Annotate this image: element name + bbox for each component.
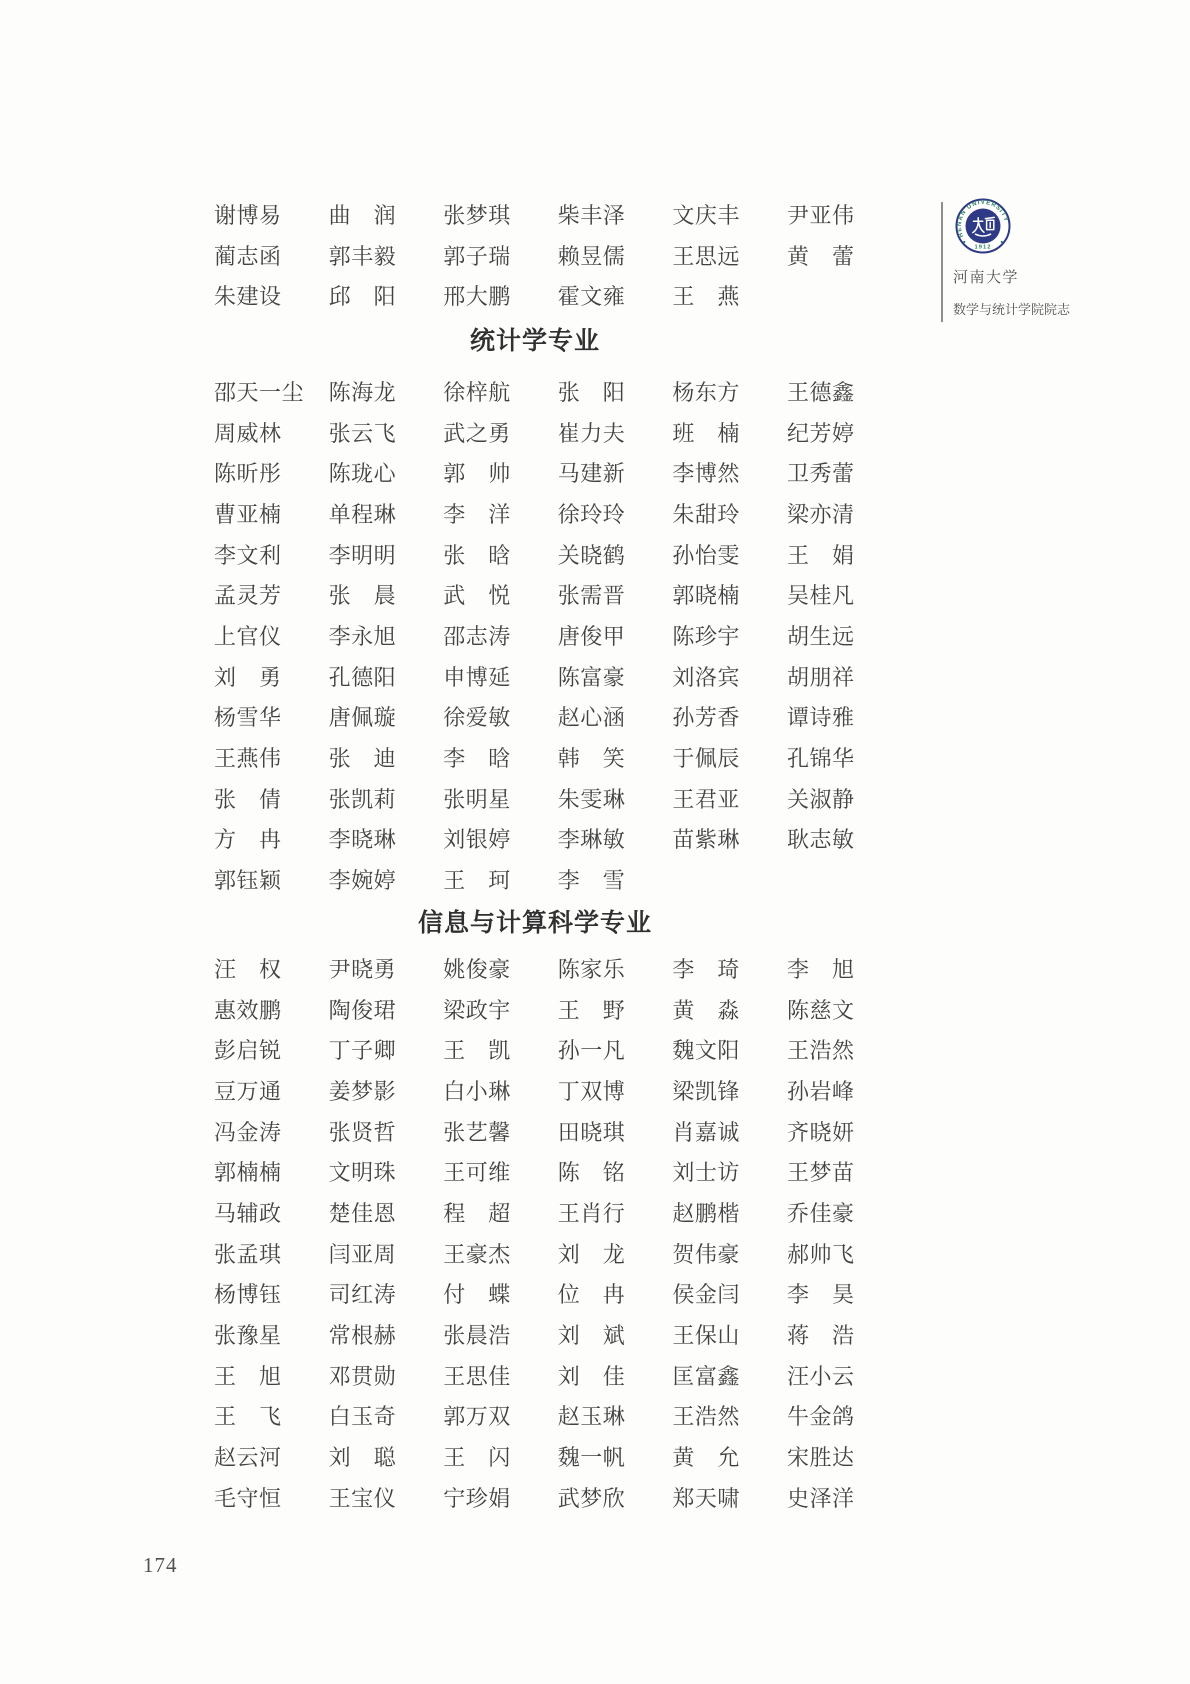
student-name: 郭钰颖 (214, 859, 329, 900)
student-name: 宋胜达 (787, 1436, 902, 1477)
student-name: 郭晓楠 (672, 574, 787, 615)
student-name: 崔力夫 (558, 412, 673, 453)
henan-university-seal-icon: HENAN UNIVERSITY 1912 (954, 197, 1012, 255)
student-name: 张艺馨 (443, 1111, 558, 1152)
student-name: 梁凯锋 (672, 1070, 787, 1111)
student-name: 李明明 (329, 534, 444, 575)
student-name: 李 昊 (787, 1274, 902, 1315)
student-name: 陈昕彤 (214, 452, 329, 493)
student-name: 刘银婷 (443, 819, 558, 860)
student-name: 朱建设 (214, 275, 329, 316)
student-name: 闫亚周 (329, 1233, 444, 1274)
student-name: 惠效鹏 (214, 989, 329, 1030)
student-name: 马建新 (558, 452, 673, 493)
student-name: 王浩然 (787, 1029, 902, 1070)
student-name: 王 娟 (787, 534, 902, 575)
student-name: 刘 斌 (558, 1314, 673, 1355)
student-name: 付 蝶 (443, 1274, 558, 1315)
student-name: 周威林 (214, 412, 329, 453)
student-name: 孙一凡 (558, 1029, 673, 1070)
student-name: 李婉婷 (329, 859, 444, 900)
student-name: 李琳敏 (558, 819, 673, 860)
student-name: 朱甜玲 (672, 493, 787, 534)
student-name: 孟灵芳 (214, 574, 329, 615)
student-name: 邱 阳 (329, 275, 444, 316)
student-name: 杨东方 (672, 371, 787, 412)
student-name: 宁珍娟 (443, 1477, 558, 1518)
student-name: 张 晨 (329, 574, 444, 615)
student-name: 陈慈文 (787, 989, 902, 1030)
student-name: 王 凯 (443, 1029, 558, 1070)
student-name: 王 珂 (443, 859, 558, 900)
student-name: 徐爱敏 (443, 697, 558, 738)
student-name: 程 超 (443, 1192, 558, 1233)
student-name: 张梦琪 (443, 194, 558, 235)
student-name: 卫秀蕾 (787, 452, 902, 493)
student-name: 武梦欣 (558, 1477, 673, 1518)
student-name: 邓贯勋 (329, 1355, 444, 1396)
student-name: 肖嘉诚 (672, 1111, 787, 1152)
student-name: 刘 聪 (329, 1436, 444, 1477)
student-name: 张凯莉 (329, 778, 444, 819)
student-name: 王德鑫 (787, 371, 902, 412)
student-name: 白玉奇 (329, 1396, 444, 1437)
student-name: 唐佩璇 (329, 697, 444, 738)
student-name: 陈海龙 (329, 371, 444, 412)
page-number: 174 (143, 1553, 178, 1578)
student-name: 白小琳 (443, 1070, 558, 1111)
student-name: 赵云河 (214, 1436, 329, 1477)
student-name: 齐晓妍 (787, 1111, 902, 1152)
student-name: 郭丰毅 (329, 235, 444, 276)
roster-information-computing-grid: 汪 权尹晓勇姚俊豪陈家乐李 琦李 旭惠效鹏陶俊珺梁政宇王 野黄 淼陈慈文彭启锐丁… (214, 948, 902, 1518)
student-name: 魏一帆 (558, 1436, 673, 1477)
student-name: 李文利 (214, 534, 329, 575)
student-name: 司红涛 (329, 1274, 444, 1315)
student-name: 楚佳恩 (329, 1192, 444, 1233)
student-name: 常根赫 (329, 1314, 444, 1355)
student-name: 曹亚楠 (214, 493, 329, 534)
student-name: 邵志涛 (443, 615, 558, 656)
student-name: 关晓鹤 (558, 534, 673, 575)
sidebar-book-title: 数学与统计学院院志 (953, 299, 1070, 318)
student-name: 赵心涵 (558, 697, 673, 738)
student-name: 张需晋 (558, 574, 673, 615)
student-name: 尹晓勇 (329, 948, 444, 989)
student-name: 王 旭 (214, 1355, 329, 1396)
student-name: 刘 勇 (214, 656, 329, 697)
student-name: 冯金涛 (214, 1111, 329, 1152)
student-name: 霍文雍 (558, 275, 673, 316)
student-name: 赖昱儒 (558, 235, 673, 276)
roster-statistics-grid: 邵天一尘陈海龙徐梓航张 阳杨东方王德鑫周威林张云飞武之勇崔力夫班 楠纪芳婷陈昕彤… (214, 371, 902, 900)
student-name: 文庆丰 (672, 194, 787, 235)
seal-right-dot (1001, 241, 1003, 243)
student-name: 魏文阳 (672, 1029, 787, 1070)
student-name: 史泽洋 (787, 1477, 902, 1518)
student-name: 杨雪华 (214, 697, 329, 738)
student-name: 陈富豪 (558, 656, 673, 697)
student-name: 李博然 (672, 452, 787, 493)
student-name: 王可维 (443, 1151, 558, 1192)
student-name: 梁亦清 (787, 493, 902, 534)
student-name: 尹亚伟 (787, 194, 902, 235)
student-name: 唐俊甲 (558, 615, 673, 656)
student-name: 梁政宇 (443, 989, 558, 1030)
student-name: 王宝仪 (329, 1477, 444, 1518)
student-name: 郭子瑞 (443, 235, 558, 276)
student-name: 匡富鑫 (672, 1355, 787, 1396)
student-name: 纪芳婷 (787, 412, 902, 453)
student-name: 姚俊豪 (443, 948, 558, 989)
sidebar-vertical-rule (941, 202, 943, 322)
student-name: 张 倩 (214, 778, 329, 819)
student-name: 王燕伟 (214, 737, 329, 778)
student-name: 毛守恒 (214, 1477, 329, 1518)
student-name: 于佩辰 (672, 737, 787, 778)
student-name: 赵鹏楷 (672, 1192, 787, 1233)
student-name: 乔佳豪 (787, 1192, 902, 1233)
student-name: 杨博钰 (214, 1274, 329, 1315)
student-name: 郭 帅 (443, 452, 558, 493)
student-name: 王浩然 (672, 1396, 787, 1437)
student-name: 张 阳 (558, 371, 673, 412)
student-name: 王 飞 (214, 1396, 329, 1437)
student-name: 马辅政 (214, 1192, 329, 1233)
student-name: 张 迪 (329, 737, 444, 778)
student-name: 耿志敏 (787, 819, 902, 860)
roster-continuation-grid: 谢博易曲 润张梦琪柴丰泽文庆丰尹亚伟蔺志函郭丰毅郭子瑞赖昱儒王思远黄 蕾朱建设邱… (214, 194, 902, 316)
student-name: 吴桂凡 (787, 574, 902, 615)
student-name: 李 洋 (443, 493, 558, 534)
student-name: 武之勇 (443, 412, 558, 453)
student-name: 张孟琪 (214, 1233, 329, 1274)
student-name: 李 旭 (787, 948, 902, 989)
student-name: 陈家乐 (558, 948, 673, 989)
student-name: 侯金闫 (672, 1274, 787, 1315)
student-name: 谭诗雅 (787, 697, 902, 738)
student-name: 郑天啸 (672, 1477, 787, 1518)
student-name: 陈 铭 (558, 1151, 673, 1192)
student-name: 郝帅飞 (787, 1233, 902, 1274)
student-name: 陈珍宇 (672, 615, 787, 656)
student-name: 刘士访 (672, 1151, 787, 1192)
student-name: 丁双博 (558, 1070, 673, 1111)
student-name: 谢博易 (214, 194, 329, 235)
student-name: 单程琳 (329, 493, 444, 534)
student-name: 黄 蕾 (787, 235, 902, 276)
student-name: 王梦苗 (787, 1151, 902, 1192)
student-name: 郭楠楠 (214, 1151, 329, 1192)
student-name: 胡生远 (787, 615, 902, 656)
student-name: 张豫星 (214, 1314, 329, 1355)
student-name: 李 晗 (443, 737, 558, 778)
student-name: 豆万通 (214, 1070, 329, 1111)
student-name: 赵玉琳 (558, 1396, 673, 1437)
student-name: 王保山 (672, 1314, 787, 1355)
student-name: 丁子卿 (329, 1029, 444, 1070)
student-name: 王君亚 (672, 778, 787, 819)
student-name: 孙怡雯 (672, 534, 787, 575)
student-name: 孔锦华 (787, 737, 902, 778)
student-name: 王 闪 (443, 1436, 558, 1477)
student-name: 韩 笑 (558, 737, 673, 778)
student-name: 牛金鸽 (787, 1396, 902, 1437)
student-name: 班 楠 (672, 412, 787, 453)
student-name: 方 冉 (214, 819, 329, 860)
student-name: 王思佳 (443, 1355, 558, 1396)
student-name: 朱雯琳 (558, 778, 673, 819)
student-name: 汪小云 (787, 1355, 902, 1396)
student-name: 李晓琳 (329, 819, 444, 860)
student-name: 姜梦影 (329, 1070, 444, 1111)
student-name: 汪 权 (214, 948, 329, 989)
student-name: 黄 淼 (672, 989, 787, 1030)
student-name: 位 冉 (558, 1274, 673, 1315)
student-name: 徐梓航 (443, 371, 558, 412)
student-name: 胡朋祥 (787, 656, 902, 697)
student-name: 邢大鹏 (443, 275, 558, 316)
student-name: 孙芳香 (672, 697, 787, 738)
student-name: 王肖行 (558, 1192, 673, 1233)
seal-left-dot (963, 241, 965, 243)
student-name: 苗紫琳 (672, 819, 787, 860)
student-name: 彭启锐 (214, 1029, 329, 1070)
student-name: 文明珠 (329, 1151, 444, 1192)
student-name: 孙岩峰 (787, 1070, 902, 1111)
student-name: 申博延 (443, 656, 558, 697)
student-name: 王 燕 (672, 275, 787, 316)
student-name: 王豪杰 (443, 1233, 558, 1274)
student-name: 柴丰泽 (558, 194, 673, 235)
student-name: 张明星 (443, 778, 558, 819)
student-name: 黄 允 (672, 1436, 787, 1477)
student-name: 刘洛宾 (672, 656, 787, 697)
student-name: 上官仪 (214, 615, 329, 656)
student-name: 刘 佳 (558, 1355, 673, 1396)
student-name: 李 琦 (672, 948, 787, 989)
student-name: 张贤哲 (329, 1111, 444, 1152)
student-name: 孔德阳 (329, 656, 444, 697)
student-name: 邵天一尘 (214, 371, 329, 412)
student-name: 王 野 (558, 989, 673, 1030)
section-heading-statistics: 统计学专业 (214, 326, 856, 356)
seal-inner-disc (966, 209, 1001, 244)
student-name: 李 雪 (558, 859, 673, 900)
student-name: 蔺志函 (214, 235, 329, 276)
student-name: 陶俊珺 (329, 989, 444, 1030)
student-name: 张晨浩 (443, 1314, 558, 1355)
student-name: 贺伟豪 (672, 1233, 787, 1274)
student-name: 王思远 (672, 235, 787, 276)
student-name: 张云飞 (329, 412, 444, 453)
student-name: 刘 龙 (558, 1233, 673, 1274)
student-name: 徐玲玲 (558, 493, 673, 534)
student-name: 曲 润 (329, 194, 444, 235)
student-name: 张 晗 (443, 534, 558, 575)
student-name: 田晓琪 (558, 1111, 673, 1152)
student-name: 蒋 浩 (787, 1314, 902, 1355)
student-name: 陈珑心 (329, 452, 444, 493)
student-name: 李永旭 (329, 615, 444, 656)
student-name: 郭万双 (443, 1396, 558, 1437)
seal-year-text: 1912 (975, 245, 992, 251)
sidebar-university-name: 河南大学 (953, 266, 1019, 287)
student-name: 武 悦 (443, 574, 558, 615)
student-name: 关淑静 (787, 778, 902, 819)
section-heading-information-computing: 信息与计算科学专业 (214, 908, 856, 938)
